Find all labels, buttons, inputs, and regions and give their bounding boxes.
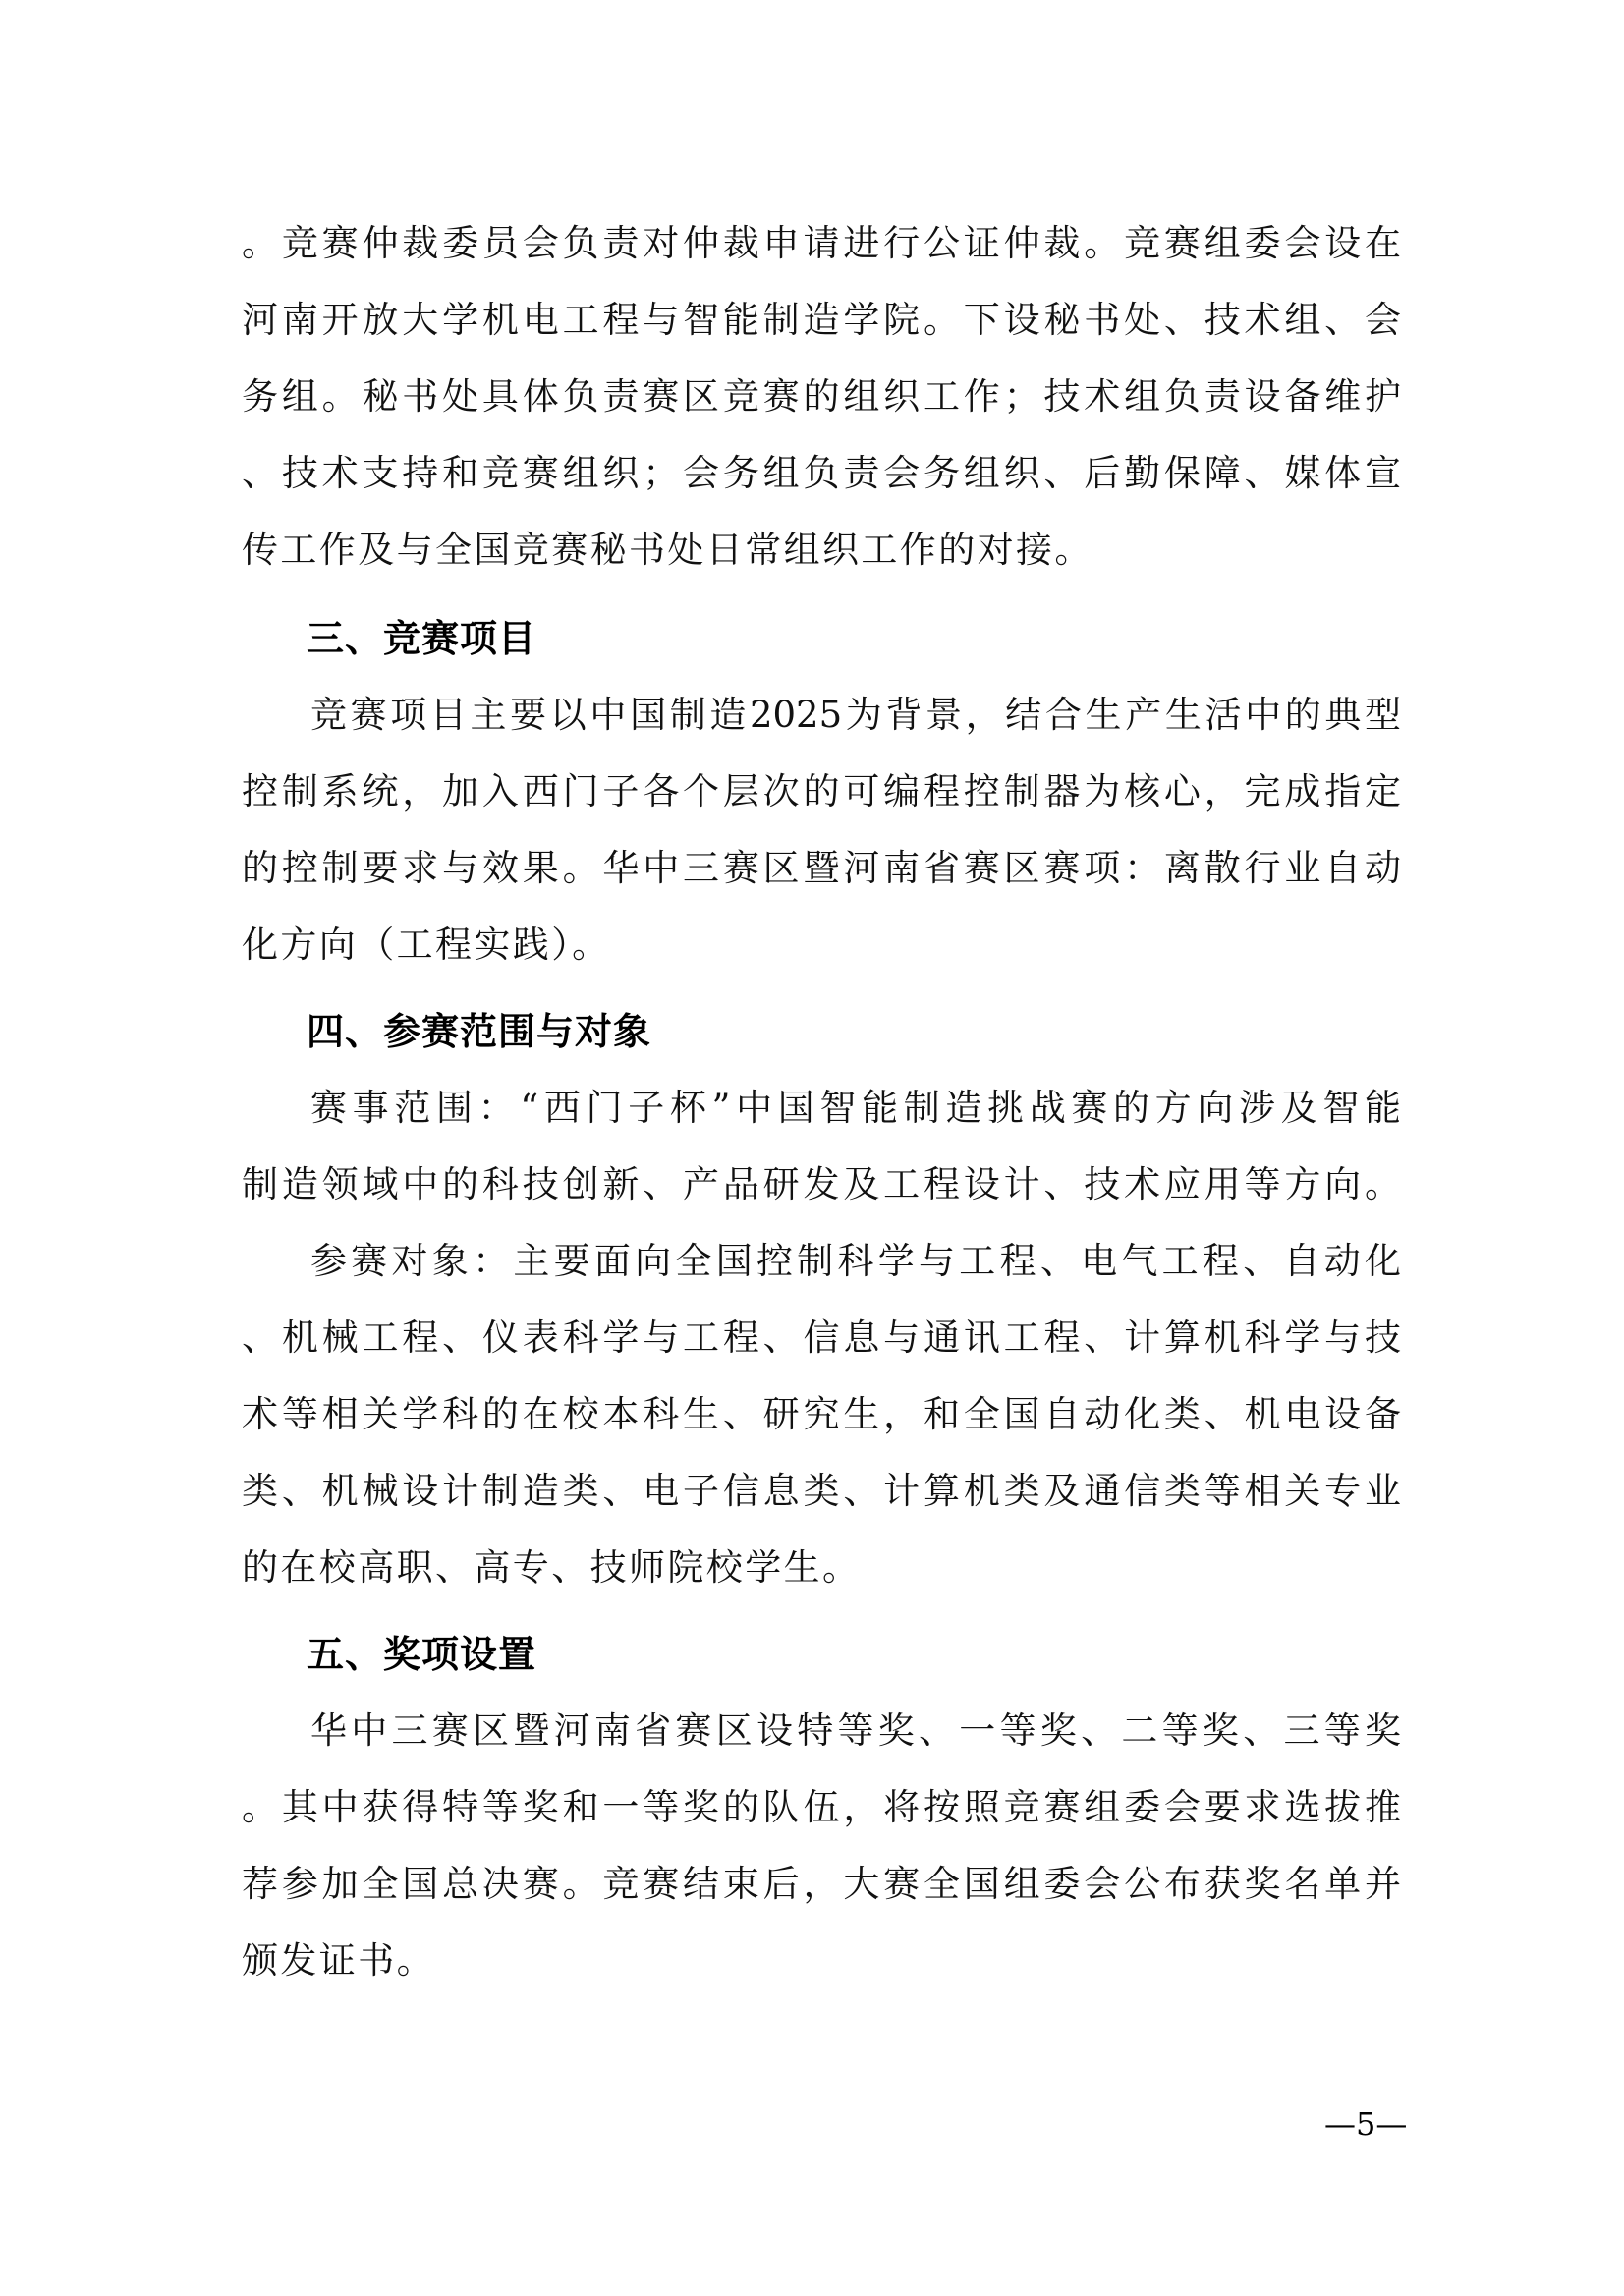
paragraph-line: 、机械工程、仪表科学与工程、信息与通讯工程、计算机科学与技 xyxy=(242,1309,1401,1368)
section-heading-5: 五、奖项设置 xyxy=(307,1625,536,1684)
paragraph-line: 华中三赛区暨河南省赛区设特等奖、一等奖、二等奖、三等奖 xyxy=(310,1702,1401,1761)
paragraph-line: 竞赛项目主要以中国制造2025为背景，结合生产生活中的典型 xyxy=(310,686,1401,745)
paragraph-line: 赛事范围：“西门子杯”中国智能制造挑战赛的方向涉及智能 xyxy=(310,1079,1401,1138)
paragraph-line: 务组。秘书处具体负责赛区竞赛的组织工作；技术组负责设备维护 xyxy=(242,367,1401,426)
document-page: 。竞赛仲裁委员会负责对仲裁申请进行公证仲裁。竞赛组委会设在 河南开放大学机电工程… xyxy=(0,0,1624,2296)
paragraph-line: 制造领域中的科技创新、产品研发及工程设计、技术应用等方向。 xyxy=(242,1155,1401,1214)
paragraph-line: 的在校高职、高专、技师院校学生。 xyxy=(242,1539,1401,1597)
paragraph-line: 。其中获得特等奖和一等奖的队伍，将按照竞赛组委会要求选拔推 xyxy=(242,1778,1401,1837)
paragraph-line: 传工作及与全国竞赛秘书处日常组织工作的对接。 xyxy=(242,521,1401,580)
paragraph-line: 化方向（工程实践）。 xyxy=(242,916,1401,975)
paragraph-line: 、技术支持和竞赛组织；会务组负责会务组织、后勤保障、媒体宣 xyxy=(242,444,1401,503)
paragraph-line: 颁发证书。 xyxy=(242,1932,1401,1990)
paragraph-line: 。竞赛仲裁委员会负责对仲裁申请进行公证仲裁。竞赛组委会设在 xyxy=(242,214,1401,273)
paragraph-line: 荐参加全国总决赛。竞赛结束后，大赛全国组委会公布获奖名单并 xyxy=(242,1855,1401,1914)
paragraph-line: 河南开放大学机电工程与智能制造学院。下设秘书处、技术组、会 xyxy=(242,291,1401,350)
paragraph-line: 类、机械设计制造类、电子信息类、计算机类及通信类等相关专业 xyxy=(242,1462,1401,1521)
paragraph-line: 参赛对象：主要面向全国控制科学与工程、电气工程、自动化 xyxy=(310,1232,1401,1291)
page-number: —5— xyxy=(1324,2104,1407,2144)
section-heading-4: 四、参赛范围与对象 xyxy=(307,1002,651,1061)
paragraph-line: 的控制要求与效果。华中三赛区暨河南省赛区赛项：离散行业自动 xyxy=(242,839,1401,898)
paragraph-line: 控制系统，加入西门子各个层次的可编程控制器为核心，完成指定 xyxy=(242,762,1401,821)
section-heading-3: 三、竞赛项目 xyxy=(307,609,536,668)
paragraph-line: 术等相关学科的在校本科生、研究生，和全国自动化类、机电设备 xyxy=(242,1385,1401,1444)
